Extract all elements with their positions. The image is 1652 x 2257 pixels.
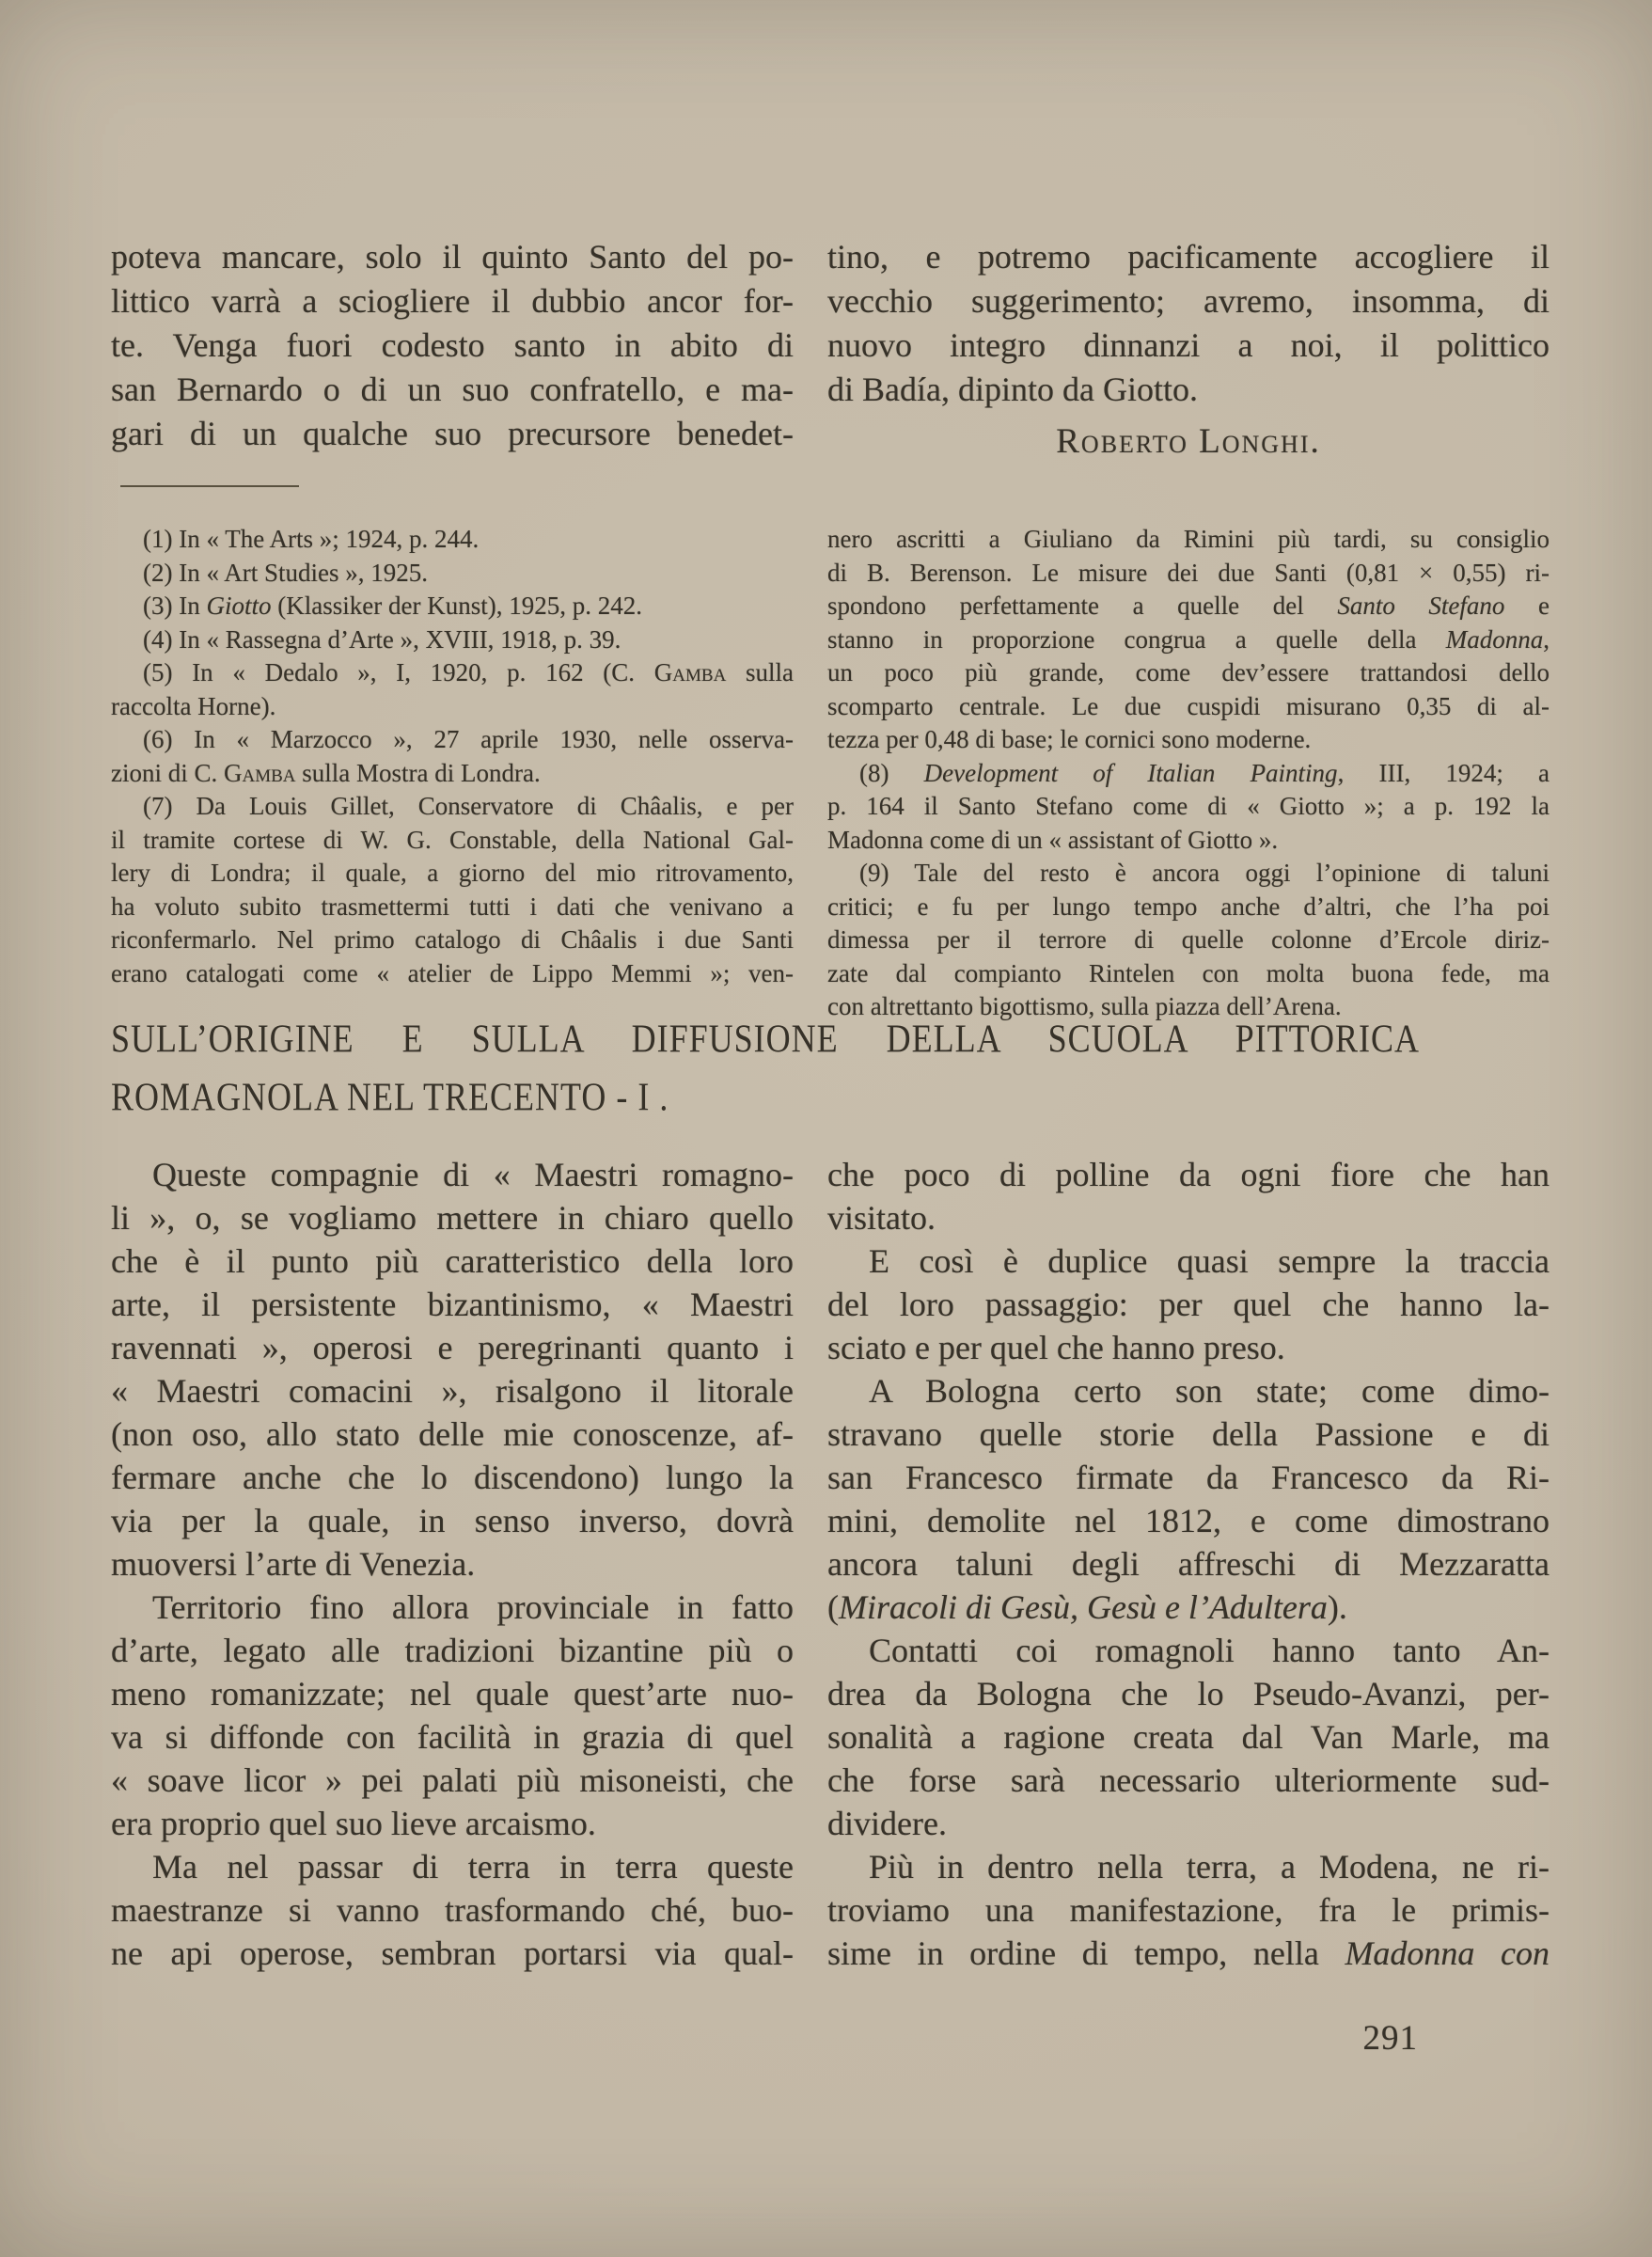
text-line: nero ascritti a Giuliano da Rimini più t… xyxy=(827,523,1550,557)
text-line: te. Venga fuori codesto santo in abito d… xyxy=(111,324,794,368)
footnotes-column-left: (1) In « The Arts »; 1924, p. 244.(2) In… xyxy=(111,523,794,990)
text-line: tino, e potremo pacificamente accogliere… xyxy=(827,235,1550,279)
text-line: zioni di C. Gamba sulla Mostra di Londra… xyxy=(111,757,794,791)
text-line: che poco di polline da ogni fiore che ha… xyxy=(827,1153,1550,1196)
text-line: tezza per 0,48 di base; le cornici sono … xyxy=(827,723,1550,757)
text-line: critici; e fu per lungo tempo anche d’al… xyxy=(827,891,1550,924)
body-column-left: Queste compagnie di « Maestri romagno-li… xyxy=(111,1153,794,1975)
text-line: stravano quelle storie della Passione e … xyxy=(827,1413,1550,1456)
text-line: un poco più grande, come dev’essere trat… xyxy=(827,656,1550,690)
text-line: li », o, se vogliamo mettere in chiaro q… xyxy=(111,1196,794,1239)
text-line: che forse sarà necessario ulteriormente … xyxy=(827,1759,1550,1802)
text-line: va si diffonde con facilità in grazia di… xyxy=(111,1715,794,1759)
text-line: mini, demolite nel 1812, e come dimostra… xyxy=(827,1499,1550,1542)
text-line: scomparto centrale. Le due cuspidi misur… xyxy=(827,690,1550,724)
text-line: ne api operose, sembran portarsi via qua… xyxy=(111,1932,794,1975)
text-line: Più in dentro nella terra, a Modena, ne … xyxy=(827,1845,1550,1888)
page-number: 291 xyxy=(1298,2018,1418,2059)
body-column-right: che poco di polline da ogni fiore che ha… xyxy=(827,1153,1550,1975)
text-line: spondono perfettamente a quelle del Sant… xyxy=(827,590,1550,623)
text-line: Madonna come di un « assistant of Giotto… xyxy=(827,824,1550,858)
text-line: che è il punto più caratteristico della … xyxy=(111,1239,794,1283)
text-line: (6) In « Marzocco », 27 aprile 1930, nel… xyxy=(111,723,794,757)
text-line: A Bologna certo son state; come dimo- xyxy=(827,1369,1550,1413)
text-line: era proprio quel suo lieve arcaismo. xyxy=(111,1802,794,1845)
text-line: (5) In « Dedalo », I, 1920, p. 162 (C. G… xyxy=(111,656,794,690)
text-line: san Francesco firmate da Francesco da Ri… xyxy=(827,1456,1550,1499)
text-line: stanno in proporzione congrua a quelle d… xyxy=(827,623,1550,657)
text-line: riconfermarlo. Nel primo catalogo di Châ… xyxy=(111,923,794,957)
text-line: d’arte, legato alle tradizioni bizantine… xyxy=(111,1629,794,1672)
text-line: (2) In « Art Studies », 1925. xyxy=(111,557,794,591)
text-line: visitato. xyxy=(827,1196,1550,1239)
text-line: « soave licor » pei palati più misoneist… xyxy=(111,1759,794,1802)
article-title-line2: ROMAGNOLA NEL TRECENTO - I . xyxy=(111,1070,1420,1124)
text-line: « Maestri comacini », risalgono il litor… xyxy=(111,1369,794,1413)
footnote-separator-rule xyxy=(120,485,299,487)
text-line: (9) Tale del resto è ancora oggi l’opini… xyxy=(827,857,1550,891)
text-line: (3) In Giotto (Klassiker der Kunst), 192… xyxy=(111,590,794,623)
text-line: di Badía, dipinto da Giotto. xyxy=(827,368,1550,412)
text-line: poteva mancare, solo il quinto Santo del… xyxy=(111,235,794,279)
text-line: sime in ordine di tempo, nella Madonna c… xyxy=(827,1932,1550,1975)
text-line: E così è duplice quasi sempre la traccia xyxy=(827,1239,1550,1283)
footnotes-column-right: nero ascritti a Giuliano da Rimini più t… xyxy=(827,523,1550,1024)
text-line: littico varrà a sciogliere il dubbio anc… xyxy=(111,279,794,324)
scanned-book-page: poteva mancare, solo il quinto Santo del… xyxy=(0,0,1652,2257)
text-line: ravennati », operosi e peregrinanti quan… xyxy=(111,1326,794,1369)
text-line: ancora taluni degli affreschi di Mezzara… xyxy=(827,1542,1550,1586)
text-line: via per la quale, in senso inverso, dovr… xyxy=(111,1499,794,1542)
text-line: fermare anche che lo discendono) lungo l… xyxy=(111,1456,794,1499)
text-line: (7) Da Louis Gillet, Conservatore di Châ… xyxy=(111,790,794,824)
article-title: SULL’ORIGINE E SULLA DIFFUSIONE DELLA SC… xyxy=(111,1012,1420,1115)
article-title-line1: SULL’ORIGINE E SULLA DIFFUSIONE DELLA SC… xyxy=(111,1012,1420,1065)
text-line: p. 164 il Santo Stefano come di « Giotto… xyxy=(827,790,1550,824)
text-line: san Bernardo o di un suo confratello, e … xyxy=(111,368,794,412)
text-line: ha voluto subito trasmettermi tutti i da… xyxy=(111,891,794,924)
text-line: erano catalogati come « atelier de Lippo… xyxy=(111,957,794,991)
text-line: il tramite cortese di W. G. Constable, d… xyxy=(111,824,794,858)
text-line: gari di un qualche suo precursore benede… xyxy=(111,412,794,456)
text-line: dimessa per il terrore di quelle colonne… xyxy=(827,923,1550,957)
intro-column-right: tino, e potremo pacificamente accogliere… xyxy=(827,235,1550,464)
text-line: sonalità a ragione creata dal Van Marle,… xyxy=(827,1715,1550,1759)
text-line: Contatti coi romagnoli hanno tanto An- xyxy=(827,1629,1550,1672)
text-line: sciato e per quel che hanno preso. xyxy=(827,1326,1550,1369)
intro-column-left: poteva mancare, solo il quinto Santo del… xyxy=(111,235,794,456)
text-line: Queste compagnie di « Maestri romagno- xyxy=(111,1153,794,1196)
text-line: zate dal compianto Rintelen con molta bu… xyxy=(827,957,1550,991)
text-line: (8) Development of Italian Painting, III… xyxy=(827,757,1550,791)
text-line: meno romanizzate; nel quale quest’arte n… xyxy=(111,1672,794,1715)
text-line: nuovo integro dinnanzi a noi, il politti… xyxy=(827,324,1550,368)
text-line: vecchio suggerimento; avremo, insomma, d… xyxy=(827,279,1550,324)
text-line: (4) In « Rassegna d’Arte », XVIII, 1918,… xyxy=(111,623,794,657)
text-line: (1) In « The Arts »; 1924, p. 244. xyxy=(111,523,794,557)
text-line: di B. Berenson. Le misure dei due Santi … xyxy=(827,557,1550,591)
text-line: del loro passaggio: per quel che hanno l… xyxy=(827,1283,1550,1326)
text-line: Territorio fino allora provinciale in fa… xyxy=(111,1586,794,1629)
text-line: (non oso, allo stato delle mie conoscenz… xyxy=(111,1413,794,1456)
text-line: lery di Londra; il quale, a giorno del m… xyxy=(111,857,794,891)
text-line: raccolta Horne). xyxy=(111,690,794,724)
text-line: dividere. xyxy=(827,1802,1550,1845)
text-line: muoversi l’arte di Venezia. xyxy=(111,1542,794,1586)
text-line: arte, il persistente bizantinismo, « Mae… xyxy=(111,1283,794,1326)
text-line: drea da Bologna che lo Pseudo-Avanzi, pe… xyxy=(827,1672,1550,1715)
text-line: Ma nel passar di terra in terra queste xyxy=(111,1845,794,1888)
text-line: (Miracoli di Gesù, Gesù e l’Adultera). xyxy=(827,1586,1550,1629)
author-signature: Roberto Longhi. xyxy=(827,419,1550,464)
intro-column-right-lines: tino, e potremo pacificamente accogliere… xyxy=(827,235,1550,412)
text-line: troviamo una manifestazione, fra le prim… xyxy=(827,1888,1550,1932)
text-line: maestranze si vanno trasformando ché, bu… xyxy=(111,1888,794,1932)
